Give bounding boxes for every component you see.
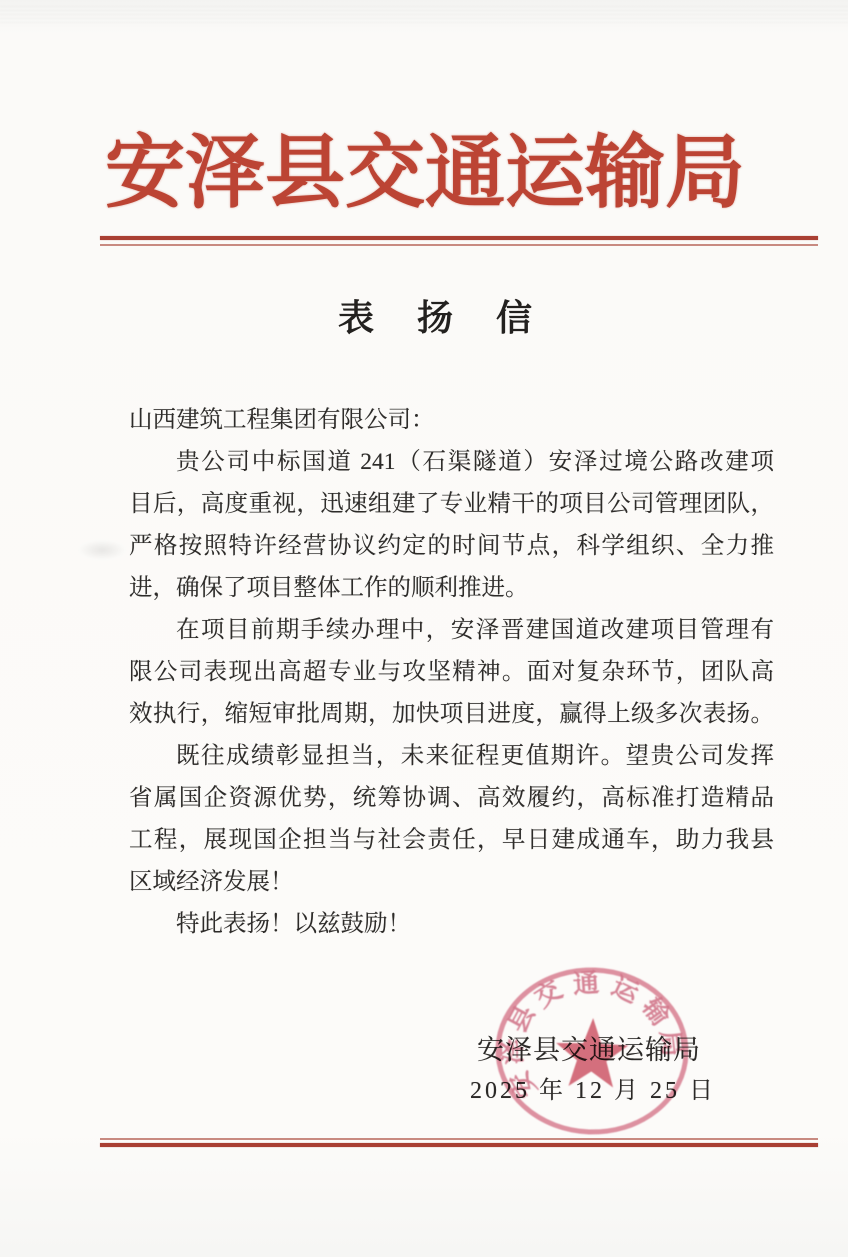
- seal-char: 县: [503, 1001, 541, 1038]
- title-char: 扬: [417, 298, 453, 338]
- header-rule-thick: [100, 236, 818, 240]
- footer-rule-thick: [100, 1143, 818, 1147]
- closing-line: 特此表扬！以兹鼓励！: [129, 903, 774, 945]
- body-line: 省属国企资源优势，统筹协调、高效履约，高标准打造精品: [129, 777, 774, 819]
- footer-rule-thin: [100, 1138, 818, 1140]
- body-line: 进，确保了项目整体工作的顺利推进。: [129, 567, 774, 609]
- seal-char: 输: [636, 991, 676, 1030]
- body-line: 贵公司中标国道 241（石渠隧道）安泽过境公路改建项: [129, 441, 774, 483]
- letter-body: 山西建筑工程集团有限公司： 贵公司中标国道 241（石渠隧道）安泽过境公路改建项…: [129, 399, 774, 945]
- scan-artifact-band: [0, 6, 848, 24]
- scan-smudge: [78, 540, 126, 560]
- title-char: 表: [338, 298, 374, 338]
- body-line: 严格按照特许经营协议约定的时间节点，科学组织、全力推: [129, 525, 774, 567]
- body-line: 既往成绩彰显担当，未来征程更值期许。望贵公司发挥: [129, 735, 774, 777]
- letterhead-title: 安泽县交通运输局: [60, 128, 790, 220]
- header-double-rule: [100, 236, 818, 246]
- body-line: 在项目前期手续办理中，安泽晋建国道改建项目管理有: [129, 609, 774, 651]
- seal-char: 泽: [498, 1038, 527, 1065]
- footer-double-rule: [100, 1138, 818, 1147]
- seal-graphic: 安 泽 县 交 通 运 输 局: [489, 962, 695, 1141]
- seal-char: 局: [655, 1029, 687, 1058]
- document-title: 表 扬 信: [100, 296, 770, 340]
- title-char: 信: [496, 298, 532, 338]
- body-line: 工程，展现国企担当与社会责任，早日建成通车，助力我县: [129, 819, 774, 861]
- body-line: 目后，高度重视，迅速组建了专业精干的项目公司管理团队，: [129, 483, 774, 525]
- seal-char: 运: [607, 971, 644, 1009]
- body-line: 效执行，缩短审批周期，加快项目进度，赢得上级多次表扬。: [129, 693, 774, 735]
- recipient-line: 山西建筑工程集团有限公司：: [129, 399, 774, 441]
- seal-char: 交: [530, 975, 568, 1013]
- scanned-commendation-letter: 安泽县交通运输局 表 扬 信 山西建筑工程集团有限公司： 贵公司中标国道 241…: [0, 0, 848, 1257]
- red-star-icon: [555, 1017, 630, 1088]
- header-rule-thin: [100, 244, 818, 246]
- official-seal-stamp: 安 泽 县 交 通 运 输 局: [489, 962, 695, 1141]
- body-line: 限公司表现出高超专业与攻坚精神。面对复杂环节，团队高: [129, 651, 774, 693]
- seal-char: 通: [572, 968, 600, 999]
- body-line: 区域经济发展！: [129, 861, 774, 903]
- seal-char: 安: [504, 1066, 542, 1103]
